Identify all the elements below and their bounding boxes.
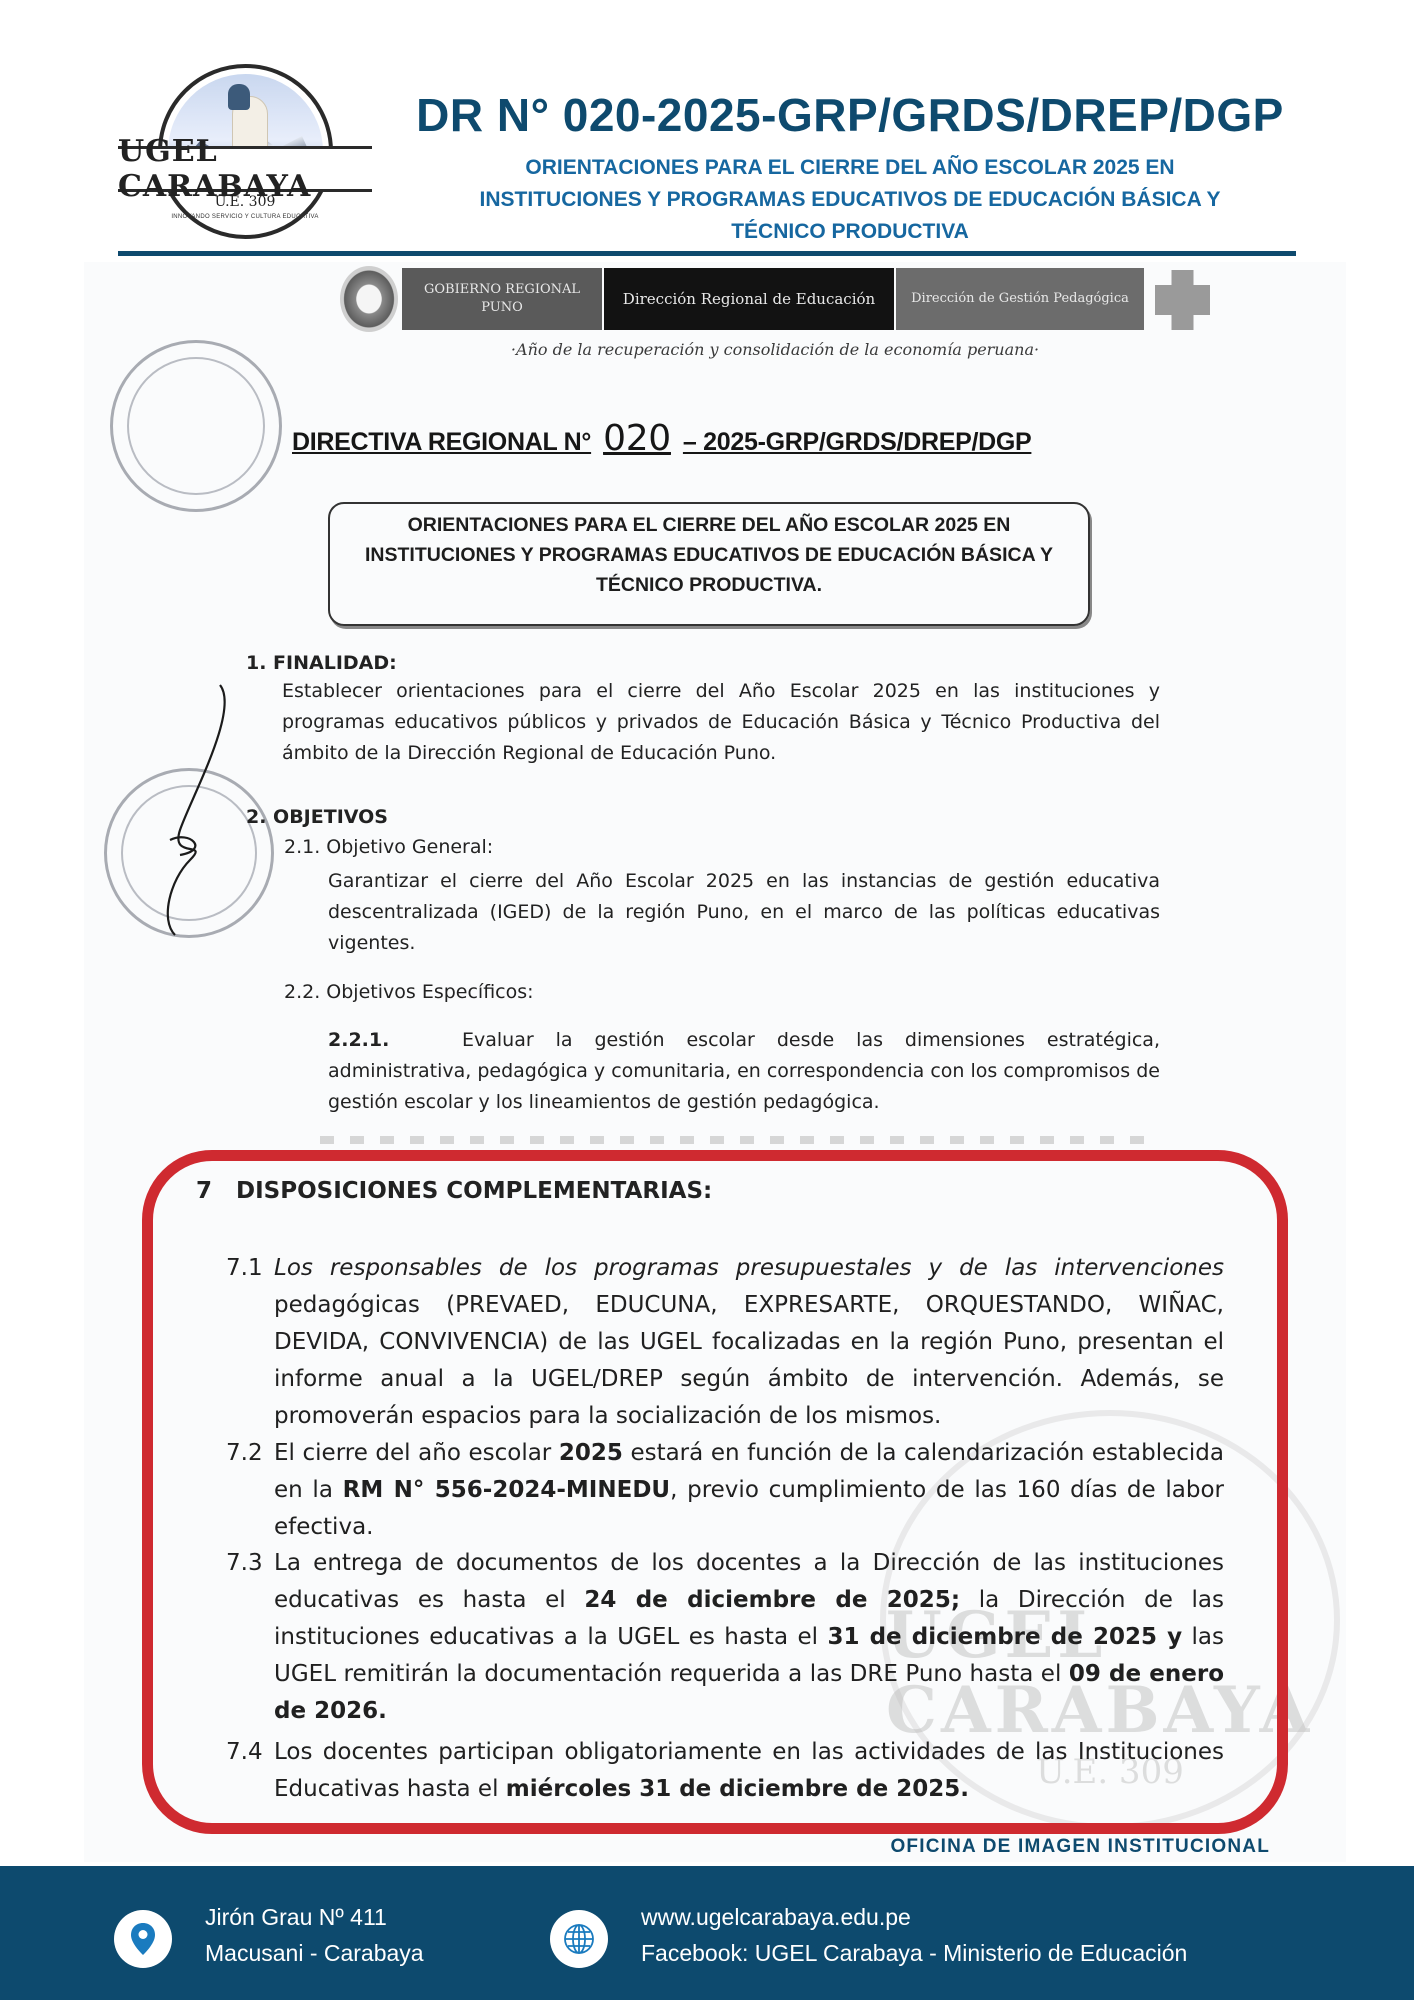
footer-address: Jirón Grau Nº 411 Macusani - Carabaya: [205, 1899, 424, 1971]
disposicion-7-4: 7.4 Los docentes participan obligatoriam…: [226, 1734, 1224, 1808]
item-index: 7.4: [226, 1734, 274, 1771]
globe-icon: [550, 1910, 608, 1968]
subject-line: INSTITUCIONES Y PROGRAMAS EDUCATIVOS DE …: [330, 540, 1088, 570]
objetivo-general-body: Garantizar el cierre del Año Escolar 202…: [328, 866, 1160, 959]
disposicion-7-2: 7.2 El cierre del año escolar 2025 estar…: [226, 1435, 1224, 1546]
item-bold-text: 24 de diciembre de 2025;: [584, 1587, 960, 1613]
cropped-text-line: [320, 1136, 1160, 1144]
child-reading-illustration: [228, 84, 250, 110]
objetivo-especifico-1-label: 2.2.1.: [328, 1025, 462, 1056]
address-line: Jirón Grau Nº 411: [205, 1899, 424, 1935]
item-index: 7.2: [226, 1435, 274, 1472]
directive-title: DIRECTIVA REGIONAL N°020– 2025-GRP/GRDS/…: [292, 418, 1122, 459]
page-subtitle: ORIENTACIONES PARA EL CIERRE DEL AÑO ESC…: [380, 152, 1320, 248]
signature-icon: [150, 680, 230, 940]
section-number: 7: [196, 1178, 212, 1204]
subtitle-line: INSTITUCIONES Y PROGRAMAS EDUCATIVOS DE …: [380, 184, 1320, 216]
letterhead-band-gobierno: GOBIERNO REGIONAL PUNO: [402, 268, 602, 330]
disposicion-7-3: 7.3 La entrega de documentos de los doce…: [226, 1545, 1224, 1730]
item-bold-text: 31 de diciembre de 2025 y: [827, 1624, 1182, 1650]
item-text: El cierre del año escolar: [274, 1440, 559, 1466]
office-label: OFICINA DE IMAGEN INSTITUCIONAL: [890, 1836, 1270, 1858]
objetivo-general-heading: 2.1. Objetivo General:: [284, 832, 493, 863]
page-title: DR N° 020-2025-GRP/GRDS/DREP/DGP: [380, 88, 1320, 142]
disposicion-7-1: 7.1 Los responsables de los programas pr…: [226, 1250, 1224, 1435]
item-text: Los responsables de los programas presup…: [274, 1255, 1224, 1281]
directive-suffix: – 2025-GRP/GRDS/DREP/DGP: [683, 428, 1031, 456]
letterhead: GOBIERNO REGIONAL PUNO Dirección Regiona…: [340, 266, 1210, 332]
address-line: Macusani - Carabaya: [205, 1935, 424, 1971]
objetivos-especificos-heading: 2.2. Objetivos Específicos:: [284, 977, 534, 1008]
chakana-emblem-icon: [1155, 270, 1210, 330]
facebook-link[interactable]: Facebook: UGEL Carabaya - Ministerio de …: [641, 1935, 1187, 1971]
section-title: DISPOSICIONES COMPLEMENTARIAS:: [236, 1178, 712, 1204]
header-divider: [118, 251, 1296, 256]
section-finalidad-body: Establecer orientaciones para el cierre …: [282, 676, 1160, 769]
directive-subject-box: ORIENTACIONES PARA EL CIERRE DEL AÑO ESC…: [328, 502, 1090, 626]
year-motto: ·Año de la recuperación y consolidación …: [330, 340, 1220, 359]
item-index: 7.1: [226, 1250, 274, 1287]
footer-contact: www.ugelcarabaya.edu.pe Facebook: UGEL C…: [641, 1899, 1187, 1971]
item-index: 7.3: [226, 1545, 274, 1582]
website-link[interactable]: www.ugelcarabaya.edu.pe: [641, 1899, 1187, 1935]
item-bold-text: 2025: [559, 1440, 623, 1466]
section-objetivos-heading: 2. OBJETIVOS: [246, 802, 388, 833]
ugel-carabaya-logo: UGEL CARABAYA U.E. 309 INNOVANDO SERVICI…: [118, 64, 372, 244]
region-puno-emblem-icon: [340, 266, 398, 332]
logo-motto: INNOVANDO SERVICIO Y CULTURA EDUCATIVA: [118, 214, 372, 220]
subtitle-line: ORIENTACIONES PARA EL CIERRE DEL AÑO ESC…: [380, 152, 1320, 184]
directive-prefix: DIRECTIVA REGIONAL N°: [292, 428, 591, 456]
location-pin-icon: [114, 1910, 172, 1968]
letterhead-band-dgp: Dirección de Gestión Pedagógica: [896, 268, 1144, 330]
subject-line: ORIENTACIONES PARA EL CIERRE DEL AÑO ESC…: [330, 510, 1088, 540]
objetivo-especifico-1: 2.2.1.Evaluar la gestión escolar desde l…: [328, 1025, 1160, 1118]
item-bold-text: RM N° 556-2024-MINEDU: [343, 1477, 670, 1503]
section-disposiciones-heading: 7DISPOSICIONES COMPLEMENTARIAS:: [196, 1176, 712, 1207]
subject-line: TÉCNICO PRODUCTIVA.: [330, 570, 1088, 600]
directive-number: 020: [603, 418, 671, 459]
subtitle-line: TÉCNICO PRODUCTIVA: [380, 216, 1320, 248]
item-bold-text: miércoles 31 de diciembre de 2025.: [506, 1776, 969, 1802]
section-finalidad-heading: 1. FINALIDAD:: [246, 648, 397, 679]
logo-name: UGEL CARABAYA: [118, 146, 372, 192]
logo-unit: U.E. 309: [118, 194, 372, 210]
item-text: pedagógicas (PREVAED, EDUCUNA, EXPRESART…: [274, 1292, 1224, 1429]
legal-office-stamp: [110, 340, 282, 512]
letterhead-band-dre: Dirección Regional de Educación: [604, 268, 894, 330]
